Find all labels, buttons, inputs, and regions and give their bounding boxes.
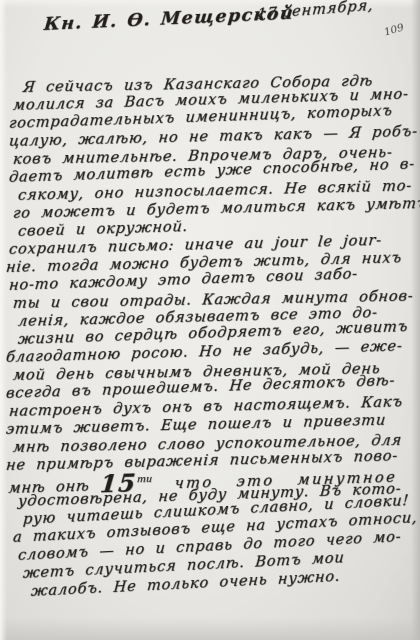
date-line: 17 сентября, [256,0,374,23]
letter-scan-page: Кн. И. Ѳ. Мещерской 17 сентября, 109 Я с… [0,0,420,640]
page-number: 109 [383,21,406,38]
letter-body: Я сейчасъ изъ Казанскаго Собора гдѣ моли… [13,79,415,601]
inline-emphasis-suffix: ти [136,474,152,485]
